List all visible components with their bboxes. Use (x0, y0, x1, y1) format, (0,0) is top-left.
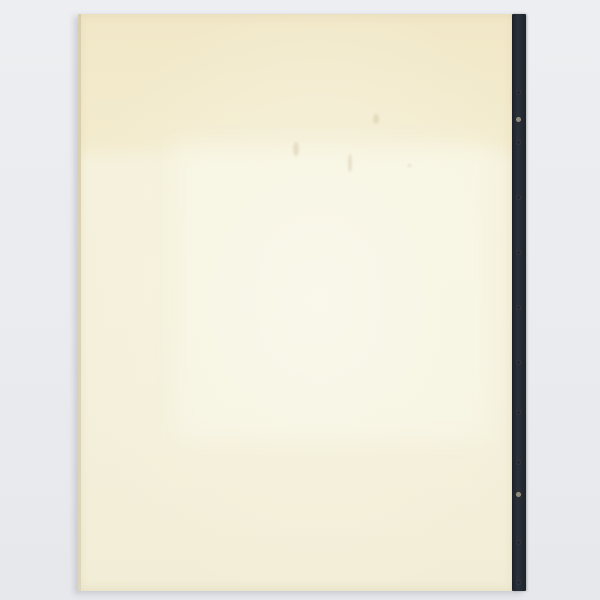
binding-rivet (516, 460, 521, 465)
binding-rivet (516, 90, 521, 95)
stain-spot (408, 164, 411, 167)
binding-strip (512, 14, 526, 591)
binding-rivet (516, 140, 521, 145)
binding-rivet (516, 540, 521, 545)
stain-spot (293, 142, 299, 156)
binding-rivet (516, 360, 521, 365)
binding-rivet (516, 305, 521, 310)
paper-sheet (78, 14, 514, 591)
stain-spot (373, 114, 379, 124)
binding-rivet (516, 250, 521, 255)
binding-rivet (516, 410, 521, 415)
faded-center-area (173, 142, 493, 442)
binding-rivet (516, 117, 521, 122)
binding-rivet (516, 195, 521, 200)
binding-rivet (516, 580, 521, 585)
binding-rivet (516, 492, 521, 497)
paper-left-edge (78, 14, 81, 591)
stain-spot (348, 154, 352, 172)
